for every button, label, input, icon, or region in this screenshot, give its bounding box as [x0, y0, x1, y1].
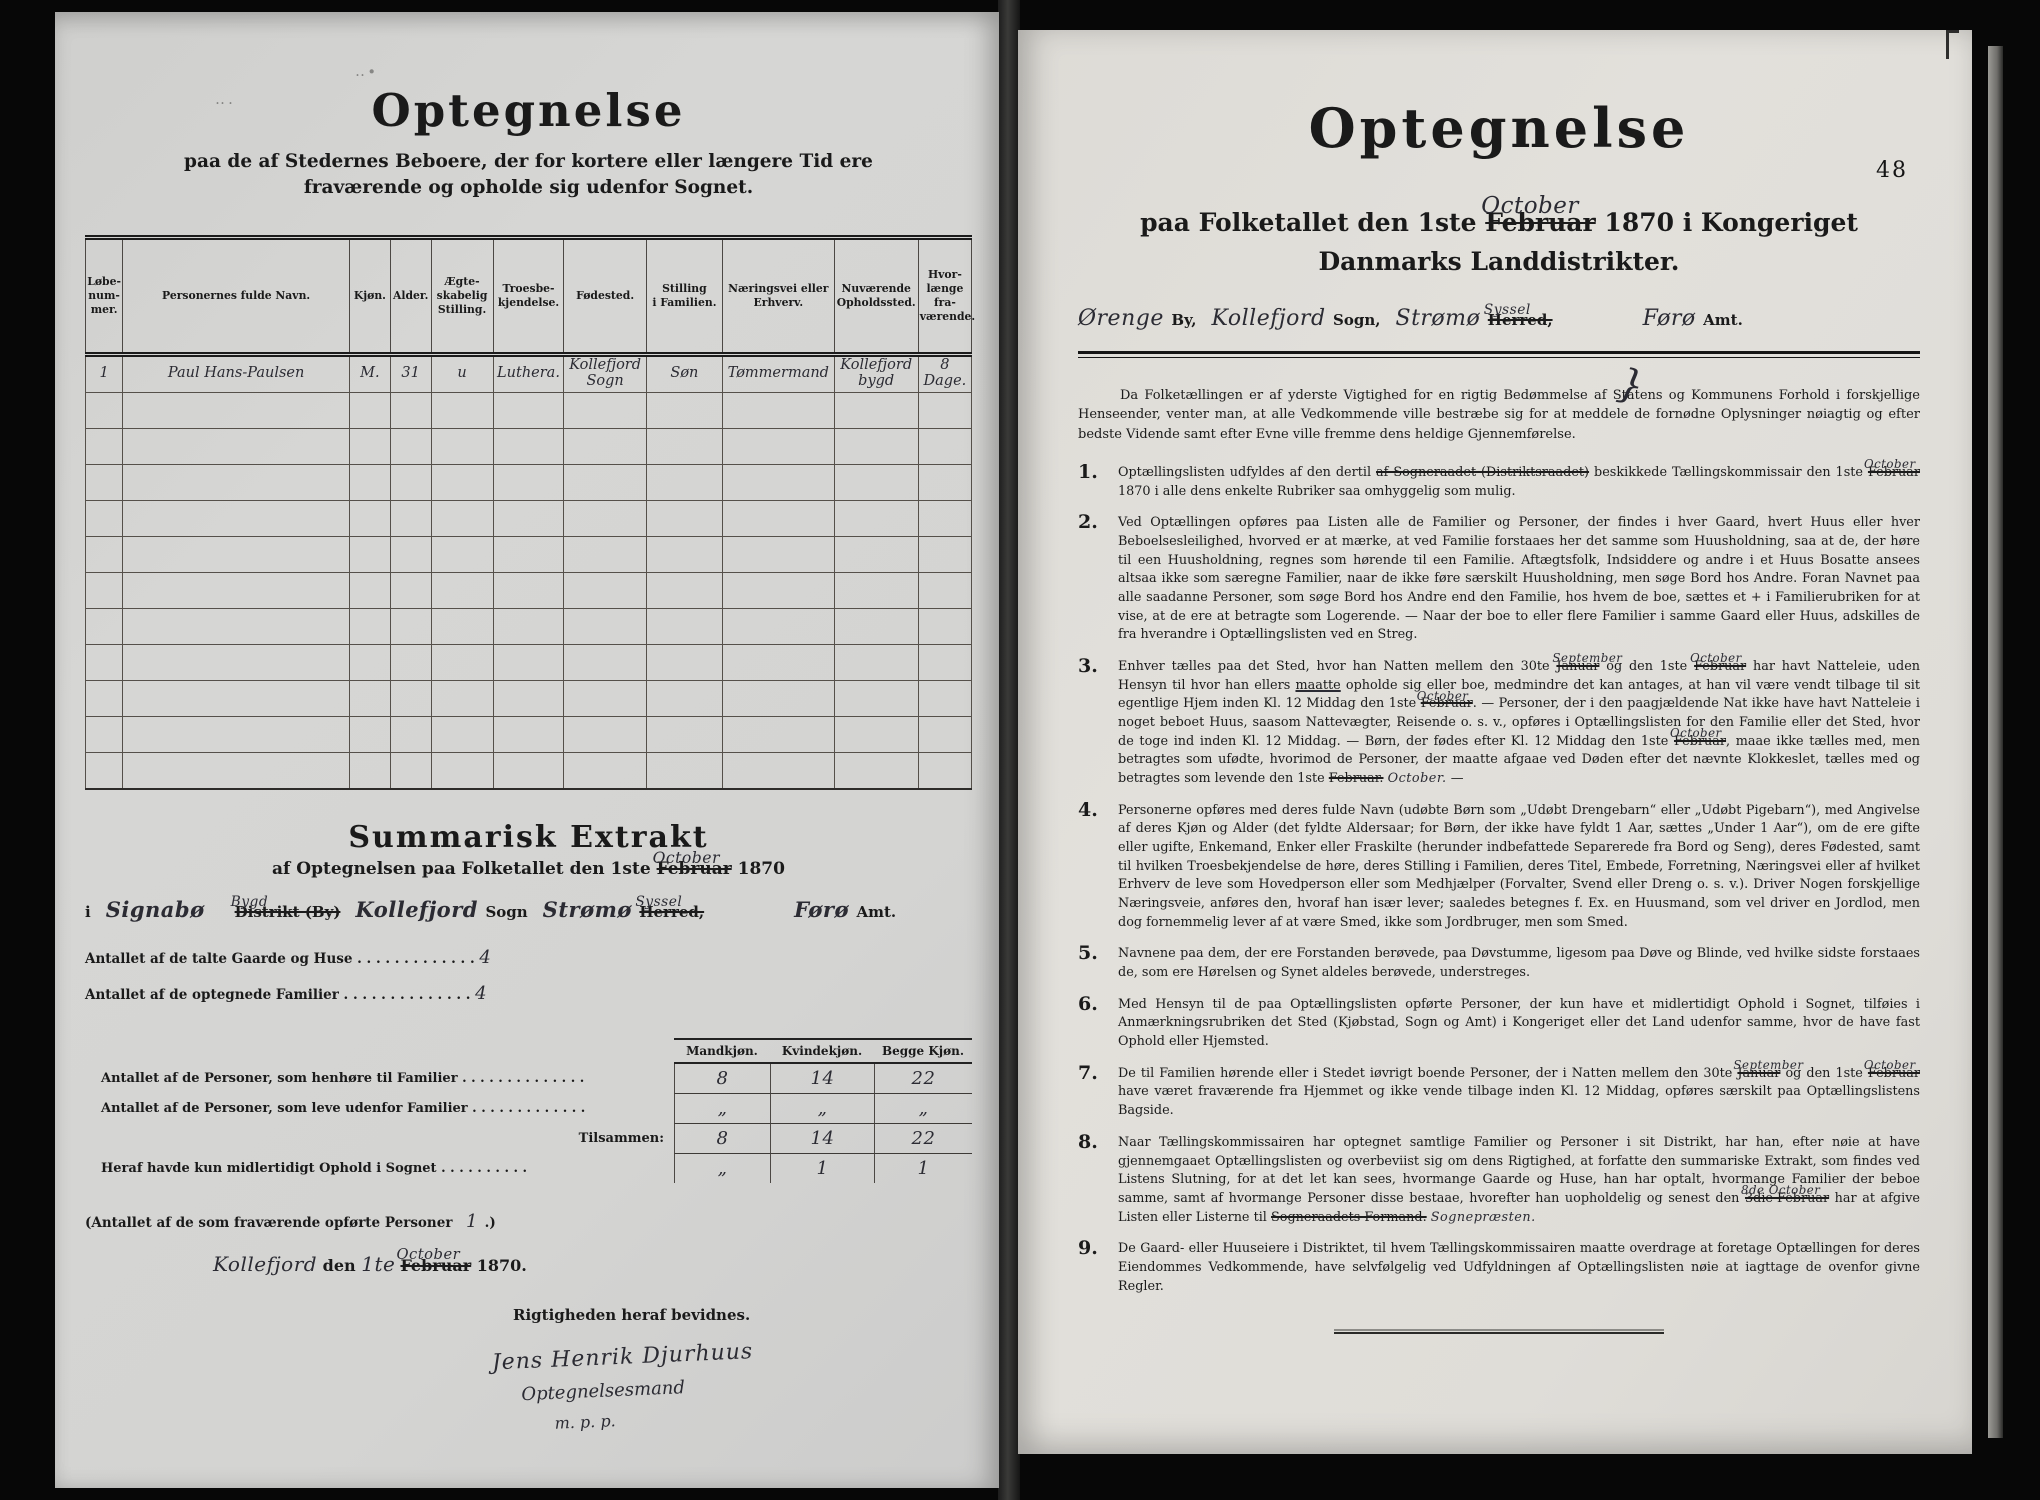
absentees-table: Løbe- num- mer. Personernes fulde Navn. …: [85, 235, 972, 790]
cell-alder: 31: [390, 354, 431, 392]
col-header-kjon: Kjøn.: [350, 237, 391, 354]
summary-value: 1: [918, 1158, 930, 1179]
summary-value: 22: [912, 1068, 936, 1089]
right-page-subtitle: paa Folketallet den 1ste FebruarOctober …: [1103, 204, 1894, 282]
item-number: 7.: [1078, 1062, 1098, 1084]
item-text: Personerne opføres med deres fulde Navn …: [1118, 802, 1920, 933]
table-row: 1 Paul Hans-Paulsen M. 31 u Luthera. Kol…: [86, 354, 972, 392]
empty-table-row: [86, 500, 972, 536]
item-text: De Gaard- eller Huuseiere i Distriktet, …: [1118, 1240, 1920, 1296]
col-header-aegteskabelig: Ægte- skabelig Stilling.: [431, 237, 493, 354]
count-familier-line: Antallet af de optegnede Familier . . . …: [85, 976, 972, 1012]
summary-row-label-tilsammen: Tilsammen:: [97, 1124, 674, 1154]
item-number: 3.: [1078, 655, 1098, 677]
empty-table-row: [86, 644, 972, 680]
count-gaarde-label: Antallet af de talte Gaarde og Huse . . …: [85, 951, 475, 967]
instruction-item-1: 1. Optællingslisten udfyldes af den dert…: [1078, 464, 1920, 501]
place-date-line: Kollefjord den 1te FebruarOctober 1870.: [213, 1252, 972, 1276]
item-number: 4.: [1078, 799, 1098, 821]
empty-table-row: [86, 716, 972, 752]
attestation-line: Rigtigheden heraf bevidnes.: [513, 1306, 972, 1324]
item-number: 5.: [1078, 942, 1098, 964]
cell-naeringsvei: Tømmermand: [723, 354, 835, 392]
col-header-lobenummer: Løbe- num- mer.: [86, 237, 123, 354]
summary-title: Summarisk Extrakt: [85, 820, 972, 855]
empty-table-row: [86, 608, 972, 644]
summary-subtitle: af Optegnelsen paa Folketallet den 1ste …: [85, 859, 972, 879]
ink-smudge: ‥․: [215, 90, 236, 108]
cell-opholdssted: Kollefjord bygd: [834, 354, 918, 392]
empty-table-row: [86, 464, 972, 500]
summary-table: Mandkjøn. Kvindekjøn. Begge Kjøn. Antall…: [97, 1038, 972, 1183]
summary-row-label: Heraf havde kun midlertidigt Ophold i So…: [97, 1154, 674, 1183]
summary-value: 14: [811, 1128, 835, 1149]
item-text: Navnene paa dem, der ere Forstanden berø…: [1118, 945, 1920, 982]
summary-value: „: [919, 1098, 929, 1119]
summary-value: „: [718, 1158, 728, 1179]
right-page: 48 Optegnelse paa Folketallet den 1ste F…: [1018, 30, 1972, 1454]
empty-table-row: [86, 536, 972, 572]
count-gaarde-line: Antallet af de talte Gaarde og Huse . . …: [85, 940, 972, 976]
instructions-list: 1. Optællingslisten udfyldes af den dert…: [1078, 464, 1920, 1296]
empty-table-row: [86, 428, 972, 464]
absent-persons-line: (Antallet af de som fraværende opførte P…: [85, 1211, 972, 1232]
instruction-item-2: 2. Ved Optællingen opføres paa Listen al…: [1078, 514, 1920, 645]
item-number: 1.: [1078, 461, 1098, 483]
instruction-item-9: 9. De Gaard- eller Huuseiere i Distrikte…: [1078, 1240, 1920, 1296]
item-text: De til Familien hørende eller i Stedet i…: [1118, 1065, 1920, 1121]
cell-aegteskabelig: u: [431, 354, 493, 392]
count-familier-value: 4: [475, 983, 487, 1004]
item-number: 8.: [1078, 1131, 1098, 1153]
col-header-alder: Alder.: [390, 237, 431, 354]
instruction-item-7: 7. De til Familien hørende eller i Stede…: [1078, 1065, 1920, 1121]
summary-col-mandkjon: Mandkjøn.: [674, 1038, 770, 1064]
item-text: Med Hensyn til de paa Optællingslisten o…: [1118, 996, 1920, 1052]
ink-smudge: ‥∙: [355, 62, 378, 80]
page-stack-edge: [1988, 46, 2003, 1438]
signature-block: Jens Henrik Djurhuus Optegnelsesmand m. …: [491, 1329, 973, 1435]
count-familier-label: Antallet af de optegnede Familier . . . …: [85, 987, 470, 1003]
empty-table-row: [86, 680, 972, 716]
cell-fravaerende: 8 Dage.: [918, 354, 971, 392]
instruction-item-3: 3. Enhver tælles paa det Sted, hvor han …: [1078, 658, 1920, 789]
left-page: ‥․ ‥∙ Optegnelse paa de af Stedernes Beb…: [55, 12, 999, 1488]
summary-value: „: [718, 1098, 728, 1119]
summary-row-label: Antallet af de Personer, som henhøre til…: [97, 1064, 674, 1094]
corner-bracket-mark: [1946, 30, 1959, 59]
intro-paragraph: Da Folketællingen er af yderste Vigtighe…: [1078, 386, 1920, 445]
summary-value: 8: [717, 1068, 729, 1089]
item-text: Naar Tællingskommissairen har optegnet s…: [1118, 1134, 1920, 1227]
right-page-title: Optegnelse: [1078, 96, 1920, 160]
cell-stilling: Søn: [646, 354, 722, 392]
empty-table-row: [86, 572, 972, 608]
scanned-census-spread: ‥․ ‥∙ Optegnelse paa de af Stedernes Beb…: [0, 0, 2040, 1500]
item-number: 9.: [1078, 1237, 1098, 1259]
book-gutter: [998, 0, 1020, 1500]
summary-col-beggekjon: Begge Kjøn.: [874, 1038, 972, 1064]
summary-value: 14: [811, 1068, 835, 1089]
col-header-troesbekjendelse: Troesbe- kjendelse.: [493, 237, 564, 354]
instruction-item-4: 4. Personerne opføres med deres fulde Na…: [1078, 802, 1920, 933]
item-text: Enhver tælles paa det Sted, hvor han Nat…: [1118, 658, 1920, 789]
empty-table-row: [86, 392, 972, 428]
col-header-naeringsvei: Næringsvei eller Erhverv.: [723, 237, 835, 354]
summary-value: 8: [717, 1128, 729, 1149]
col-header-fravaerende: Hvor- længe fra- værende.: [918, 237, 971, 354]
page-number: 48: [1876, 158, 1908, 183]
end-rule: [1334, 1332, 1664, 1334]
summary-value: 1: [817, 1158, 829, 1179]
summary-value: 22: [912, 1128, 936, 1149]
count-gaarde-value: 4: [479, 947, 491, 968]
cell-kjon: M.: [350, 354, 391, 392]
item-number: 6.: [1078, 993, 1098, 1015]
summary-col-kvindekjon: Kvindekjøn.: [770, 1038, 874, 1064]
summary-location-line: i Signabø Distrikt (By)Bygd Kollefjord S…: [85, 897, 972, 922]
cell-lobenummer: 1: [86, 354, 123, 392]
summary-counts: Antallet af de talte Gaarde og Huse . . …: [85, 940, 972, 1012]
table-header-row: Løbe- num- mer. Personernes fulde Navn. …: [86, 237, 972, 354]
item-number: 2.: [1078, 511, 1098, 533]
empty-table-row: [86, 752, 972, 789]
summary-row-label: Antallet af de Personer, som leve udenfo…: [97, 1094, 674, 1124]
col-header-opholdssted: Nuværende Opholdssted.: [834, 237, 918, 354]
instruction-item-8: 8. Naar Tællingskommissairen har optegne…: [1078, 1134, 1920, 1227]
instruction-item-6: 6. Med Hensyn til de paa Optællingsliste…: [1078, 996, 1920, 1052]
col-header-navn: Personernes fulde Navn.: [123, 237, 350, 354]
cell-troesbekjendelse: Luthera.: [493, 354, 564, 392]
item-text: Ved Optællingen opføres paa Listen alle …: [1118, 514, 1920, 645]
location-line: Ørenge By, Kollefjord Sogn, Strømø Herre…: [1078, 306, 1920, 331]
left-page-subtitle: paa de af Stedernes Beboere, der for kor…: [138, 149, 919, 201]
summary-value: „: [818, 1098, 828, 1119]
instruction-item-5: 5. Navnene paa dem, der ere Forstanden b…: [1078, 945, 1920, 982]
cell-fodested: Kollefjord Sogn: [564, 354, 646, 392]
divider-rule: [1078, 351, 1920, 358]
cell-navn: Paul Hans-Paulsen: [123, 354, 350, 392]
col-header-stilling: Stilling i Familien.: [646, 237, 722, 354]
item-text: Optællingslisten udfyldes af den dertil …: [1118, 464, 1920, 501]
col-header-fodested: Fødested.: [564, 237, 646, 354]
